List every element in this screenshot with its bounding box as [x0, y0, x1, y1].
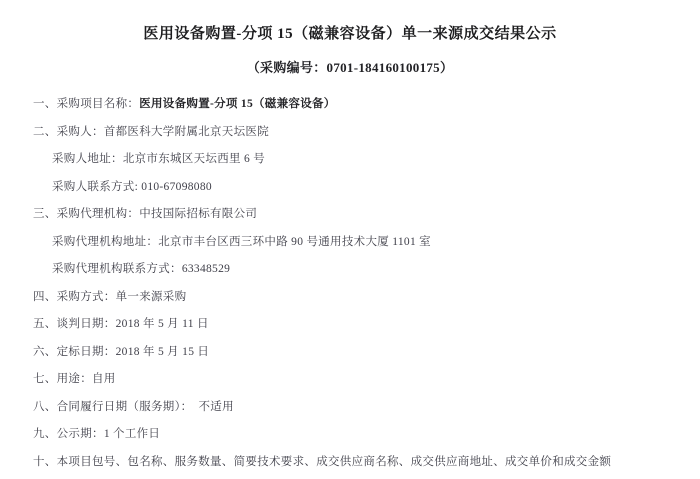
item-value: 北京市丰台区西三环中路 90 号通用技术大厦 1101 室 — [158, 236, 431, 248]
item-label: 一、采购项目名称： — [33, 98, 139, 110]
item-value: 不适用 — [187, 401, 234, 413]
item-label: 十、本项目包号、包名称、服务数量、简要技术要求、成交供应商名称、成交供应商地址、… — [33, 456, 611, 468]
item-label: 采购人联系方式: — [52, 181, 141, 193]
item-label: 六、定标日期： — [33, 346, 116, 358]
list-item-agency-address: 采购代理机构地址：北京市丰台区西三环中路 90 号通用技术大厦 1101 室 — [0, 236, 700, 249]
list-item-project-name: 一、采购项目名称：医用设备购置-分项 15（磁兼容设备） — [0, 98, 700, 111]
item-value: 1 个工作日 — [104, 428, 160, 440]
list-item-purchaser-contact: 采购人联系方式: 010-67098080 — [0, 181, 700, 194]
item-value: 北京市东城区天坛西里 6 号 — [123, 153, 265, 165]
item-value: 单一来源采购 — [116, 291, 187, 303]
item-label: 四、采购方式： — [33, 291, 116, 303]
list-item-purchaser: 二、采购人：首都医科大学附属北京天坛医院 — [0, 126, 700, 139]
procurement-number: （采购编号：0701-184160100175） — [0, 60, 700, 75]
item-label: 采购代理机构地址： — [52, 236, 158, 248]
item-value: 首都医科大学附属北京天坛医院 — [104, 126, 269, 138]
list-item-purchaser-address: 采购人地址：北京市东城区天坛西里 6 号 — [0, 153, 700, 166]
item-value: 自用 — [92, 373, 116, 385]
document-title: 医用设备购置-分项 15（磁兼容设备）单一来源成交结果公示 — [0, 26, 700, 43]
item-list: 一、采购项目名称：医用设备购置-分项 15（磁兼容设备） 二、采购人：首都医科大… — [0, 98, 700, 469]
announcement-document: 医用设备购置-分项 15（磁兼容设备）单一来源成交结果公示 （采购编号：0701… — [0, 0, 700, 469]
item-value: 010-67098080 — [141, 181, 212, 193]
list-item-award-date: 六、定标日期：2018 年 5 月 15 日 — [0, 346, 700, 359]
list-item-negotiation-date: 五、谈判日期：2018 年 5 月 11 日 — [0, 318, 700, 331]
document-page: 医用设备购置-分项 15（磁兼容设备）单一来源成交结果公示 （采购编号：0701… — [0, 0, 700, 479]
list-item-contract-period: 八、合同履行日期（服务期）： 不适用 — [0, 401, 700, 414]
item-value: 2018 年 5 月 11 日 — [116, 318, 209, 330]
item-value: 2018 年 5 月 15 日 — [116, 346, 210, 358]
list-item-agency-contact: 采购代理机构联系方式：63348529 — [0, 263, 700, 276]
item-value: 医用设备购置-分项 15（磁兼容设备） — [139, 98, 335, 110]
item-label: 二、采购人： — [33, 126, 104, 138]
list-item-package-info: 十、本项目包号、包名称、服务数量、简要技术要求、成交供应商名称、成交供应商地址、… — [0, 456, 700, 469]
list-item-purpose: 七、用途：自用 — [0, 373, 700, 386]
item-label: 八、合同履行日期（服务期）： — [33, 401, 187, 413]
item-label: 采购人地址： — [52, 153, 123, 165]
item-label: 三、采购代理机构： — [33, 208, 139, 220]
item-label: 采购代理机构联系方式： — [52, 263, 182, 275]
item-label: 九、公示期： — [33, 428, 104, 440]
list-item-procurement-method: 四、采购方式：单一来源采购 — [0, 291, 700, 304]
item-label: 七、用途： — [33, 373, 92, 385]
item-value: 63348529 — [182, 263, 230, 275]
list-item-agency: 三、采购代理机构：中技国际招标有限公司 — [0, 208, 700, 221]
list-item-publicity-period: 九、公示期：1 个工作日 — [0, 428, 700, 441]
item-value: 中技国际招标有限公司 — [139, 208, 257, 220]
item-label: 五、谈判日期： — [33, 318, 116, 330]
